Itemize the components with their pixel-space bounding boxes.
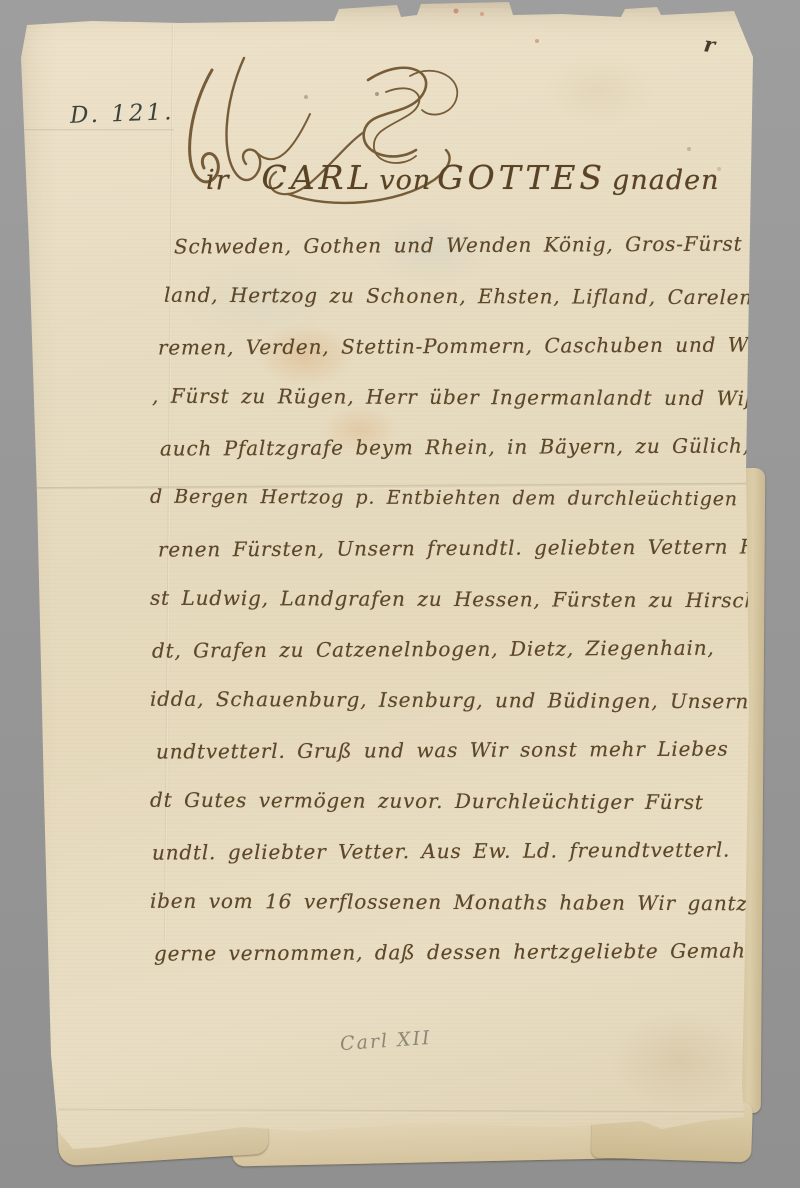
- manuscript-body: Schweden, Gothen und Wenden König, Gros-…: [150, 220, 750, 978]
- manuscript-line: st Ludwig, Landgrafen zu Hessen, Fürsten…: [150, 572, 750, 625]
- manuscript-line: idda, Schauenburg, Isenburg, und Büdinge…: [150, 673, 750, 726]
- manuscript-line: undtl. geliebter Vetter. Aus Ew. Ld. fre…: [152, 824, 750, 878]
- folio-mark: r: [702, 31, 716, 57]
- horizontal-crease-top: [24, 129, 174, 132]
- manuscript-line: undtvetterl. Gruß und was Wir sonst mehr…: [156, 723, 750, 777]
- heading-word-von: von: [379, 165, 431, 196]
- manuscript-line: , Fürst zu Rügen, Herr über Ingermanland…: [152, 370, 750, 423]
- manuscript-line: dt Gutes vermögen zuvor. Durchleüchtiger…: [150, 774, 750, 827]
- manuscript-line: Schweden, Gothen und Wenden König, Gros-…: [174, 218, 750, 272]
- manuscript-line: renen Fürsten, Unsern freundtl. geliebte…: [158, 521, 750, 575]
- manuscript-line: dt, Grafen zu Catzenelnbogen, Dietz, Zie…: [152, 622, 750, 676]
- pencil-annotation: Carl XII: [339, 1027, 432, 1055]
- manuscript-line: gerne vernommen, daß dessen hertzgeliebt…: [154, 925, 750, 979]
- manuscript-line: remen, Verden, Stettin-Pommern, Caschube…: [158, 319, 750, 373]
- heading-word-gnaden: gnaden: [612, 165, 719, 196]
- manuscript-line: auch Pfaltzgrafe beym Rhein, in Bäyern, …: [160, 420, 750, 474]
- manuscript-line: land, Hertzog zu Schonen, Ehsten, Liflan…: [164, 269, 750, 322]
- manuscript-photo: D. 121. r irCARLvonGOTTESgnaden Schweden…: [0, 0, 800, 1188]
- heading-line: irCARLvonGOTTESgnaden: [206, 158, 719, 197]
- heading-king-name: CARL: [262, 158, 374, 197]
- horizontal-crease-bottom: [58, 1109, 746, 1114]
- heading-word-gottes: GOTTES: [437, 158, 606, 197]
- heading-prefix: ir: [206, 165, 230, 196]
- manuscript-page: D. 121. r irCARLvonGOTTESgnaden Schweden…: [0, 0, 800, 1188]
- manuscript-line: d Bergen Hertzog p. Entbiehten dem durch…: [150, 471, 750, 524]
- manuscript-line: iben vom 16 verflossenen Monaths haben W…: [150, 875, 750, 928]
- archival-number: D. 121.: [70, 99, 175, 129]
- foxing-specks: [0, 0, 2, 2]
